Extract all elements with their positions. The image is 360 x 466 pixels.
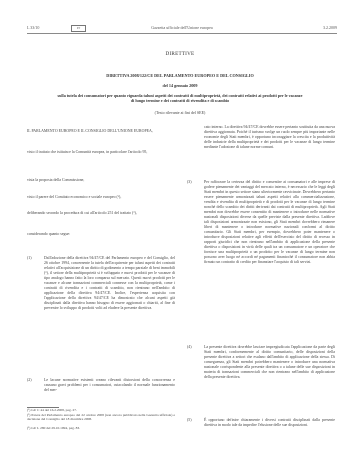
recital-text: cato interno. La direttiva 94/47/CE dovr…	[204, 125, 335, 150]
recital-text: Per rafforzare la certezza del diritto e…	[204, 180, 335, 265]
footnote-3: (³) GU L 280 del 29.10.1994, pag. 83.	[27, 426, 175, 430]
recital-number: (3)	[187, 180, 199, 185]
preamble-esc-opinion: visto il parere del Comitato economico e…	[27, 195, 175, 200]
recital-number: (4)	[187, 345, 199, 350]
recital-text: È opportuno definire chiaramente i diver…	[204, 418, 335, 428]
recital-text: La presente direttiva dovrebbe lasciare …	[204, 345, 335, 380]
footnote-2: (²) Parere del Parlamento europeo del 22…	[27, 413, 175, 422]
recital-number: (1)	[27, 256, 39, 261]
left-column: IL PARLAMENTO EUROPEO E IL CONSIGLIO DEL…	[27, 0, 175, 466]
preamble-institutions: IL PARLAMENTO EUROPEO E IL CONSIGLIO DEL…	[27, 129, 175, 134]
preamble-treaty: visto il trattato che istituisce la Comu…	[27, 150, 175, 155]
recital-text: Le lacune normative esistenti creano ril…	[44, 378, 175, 393]
recital-number: (2)	[27, 378, 39, 383]
recital-number: (5)	[187, 418, 199, 423]
preamble-proposal: vista la proposta della Commissione,	[27, 178, 175, 183]
preamble-whereas: considerando quanto segue:	[27, 232, 175, 237]
preamble-procedure: deliberando secondo la procedura di cui …	[27, 211, 175, 216]
right-column: cato interno. La direttiva 94/47/CE dovr…	[187, 0, 335, 466]
recital-text: Dall'adozione della direttiva 94/47/CE d…	[44, 256, 175, 311]
footnote-1: (¹) GU C 44 del 16.2.2008, pag. 27.	[27, 408, 175, 412]
